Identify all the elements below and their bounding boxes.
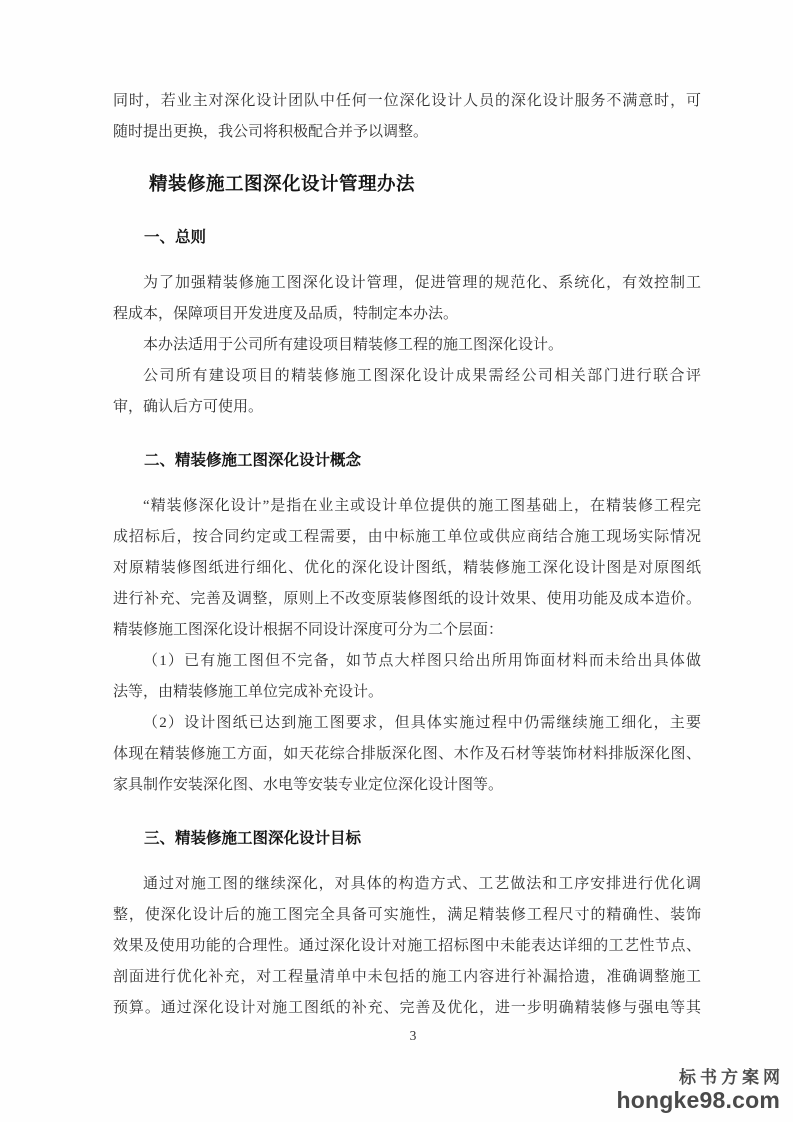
text-line: 家具制作安装深化图、水电等安装专业定位深化设计图等。	[113, 770, 701, 801]
watermark-site-name: 标书方案网	[617, 1068, 784, 1088]
paragraph: （2）设计图纸已达到施工图要求，但具体实施过程中仍需继续施工细化，主要体现在精装…	[113, 708, 701, 801]
text-line: “精装修深化设计”是指在业主或设计单位提供的施工图基础上，在精装修工程完	[113, 491, 701, 522]
text-line: 进行补充、完善及调整，原则上不改变原装修图纸的设计效果、使用功能及成本造价。	[113, 584, 701, 615]
text-line: （2）设计图纸已达到施工图要求，但具体实施过程中仍需继续施工细化，主要	[113, 708, 701, 739]
paragraph: （1）已有施工图但不完备，如节点大样图只给出所用饰面材料而未给出具体做法等，由精…	[113, 646, 701, 708]
section-heading: 三、精装修施工图深化设计目标	[113, 827, 701, 851]
text-line: 为了加强精装修施工图深化设计管理，促进管理的规范化、系统化，有效控制工	[113, 268, 701, 299]
section-heading: 一、总则	[113, 226, 701, 250]
text-line: 体现在精装修施工方面，如天花综合排版深化图、木作及石材等装饰材料排版深化图、	[113, 739, 701, 770]
paragraph: “精装修深化设计”是指在业主或设计单位提供的施工图基础上，在精装修工程完成招标后…	[113, 491, 701, 646]
text-line: 随时提出更换，我公司将积极配合并予以调整。	[113, 117, 701, 148]
watermark: 标书方案网 hongke98.com	[617, 1068, 780, 1113]
text-line: 对原精装修图纸进行细化、优化的深化设计图纸，精装修施工深化设计图是对原图纸	[113, 553, 701, 584]
doc-title: 精装修施工图深化设计管理办法	[113, 168, 701, 200]
document-page: 同时，若业主对深化设计团队中任何一位深化设计人员的深化设计服务不满意时，可随时提…	[0, 0, 793, 1122]
paragraph: 本办法适用于公司所有建设项目精装修工程的施工图深化设计。	[113, 330, 701, 361]
text-line: 同时，若业主对深化设计团队中任何一位深化设计人员的深化设计服务不满意时，可	[113, 86, 701, 117]
text-line: 整，使深化设计后的施工图完全具备可实施性，满足精装修工程尺寸的精确性、装饰	[113, 900, 701, 931]
text-line: 公司所有建设项目的精装修施工图深化设计成果需经公司相关部门进行联合评	[113, 361, 701, 392]
paragraph: 同时，若业主对深化设计团队中任何一位深化设计人员的深化设计服务不满意时，可随时提…	[113, 86, 701, 148]
paragraph: 为了加强精装修施工图深化设计管理，促进管理的规范化、系统化，有效控制工程成本，保…	[113, 268, 701, 330]
document-body: 同时，若业主对深化设计团队中任何一位深化设计人员的深化设计服务不满意时，可随时提…	[113, 86, 701, 1024]
paragraph: 通过对施工图的继续深化，对具体的构造方式、工艺做法和工序安排进行优化调整，使深化…	[113, 869, 701, 1024]
text-line: （1）已有施工图但不完备，如节点大样图只给出所用饰面材料而未给出具体做	[113, 646, 701, 677]
text-line: 通过对施工图的继续深化，对具体的构造方式、工艺做法和工序安排进行优化调	[113, 869, 701, 900]
text-line: 精装修施工图深化设计根据不同设计深度可分为二个层面：	[113, 615, 701, 646]
text-line: 本办法适用于公司所有建设项目精装修工程的施工图深化设计。	[113, 330, 701, 361]
watermark-site-url: hongke98.com	[617, 1088, 780, 1113]
text-line: 审，确认后方可使用。	[113, 392, 701, 423]
text-line: 程成本，保障项目开发进度及品质，特制定本办法。	[113, 299, 701, 330]
page-number: 3	[113, 1028, 713, 1044]
text-line: 成招标后，按合同约定或工程需要，由中标施工单位或供应商结合施工现场实际情况	[113, 522, 701, 553]
text-line: 预算。通过深化设计对施工图纸的补充、完善及优化，进一步明确精装修与强电等其	[113, 993, 701, 1024]
paragraph: 公司所有建设项目的精装修施工图深化设计成果需经公司相关部门进行联合评审，确认后方…	[113, 361, 701, 423]
text-line: 法等，由精装修施工单位完成补充设计。	[113, 677, 701, 708]
text-line: 剖面进行优化补充，对工程量清单中未包括的施工内容进行补漏拾遗，准确调整施工	[113, 962, 701, 993]
text-line: 效果及使用功能的合理性。通过深化设计对施工招标图中未能表达详细的工艺性节点、	[113, 931, 701, 962]
section-heading: 二、精装修施工图深化设计概念	[113, 449, 701, 473]
